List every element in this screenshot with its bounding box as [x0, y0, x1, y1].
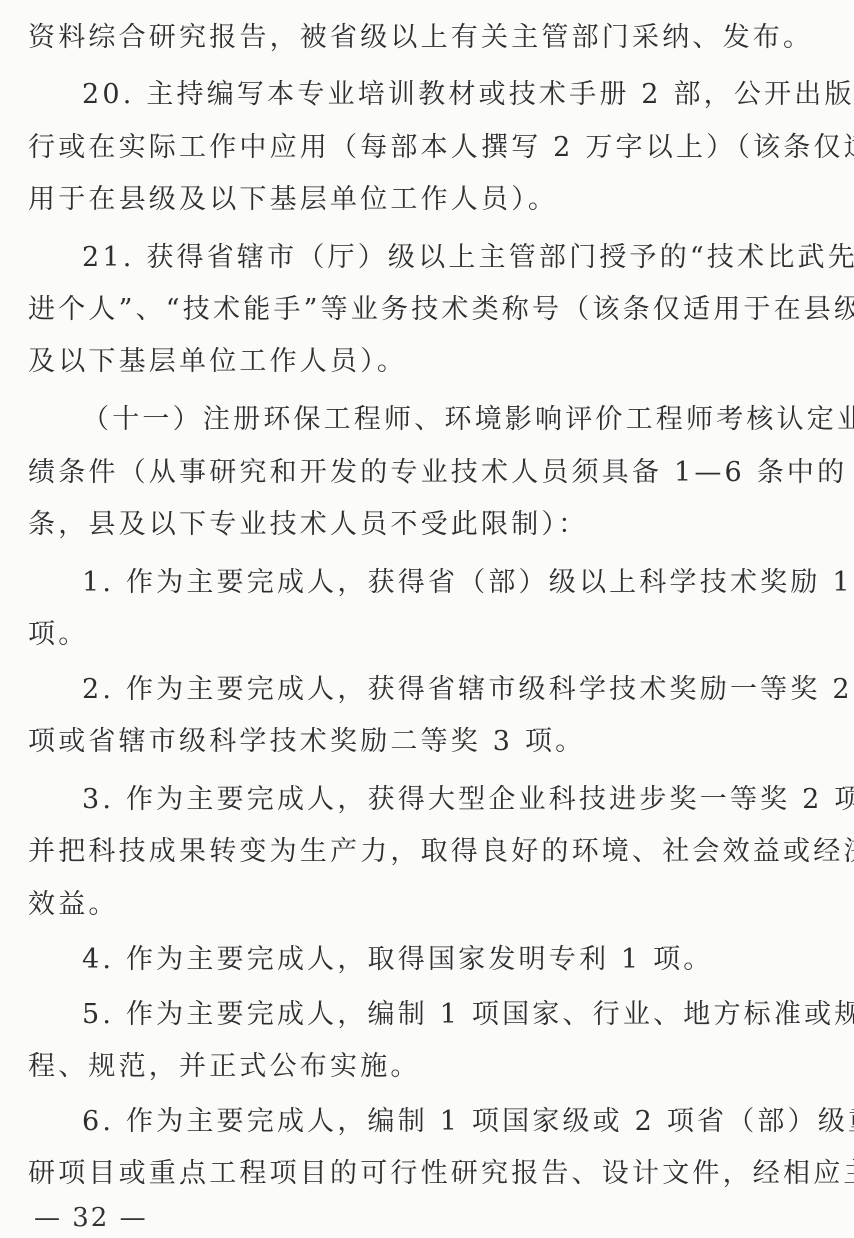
- text-line: 效益。: [28, 889, 828, 921]
- list-item: 6. 作为主要完成人，编制 1 项国家级或 2 项省（部）级重点科: [82, 1106, 828, 1138]
- list-item: 1. 作为主要完成人，获得省（部）级以上科学技术奖励 1: [82, 567, 828, 599]
- text-line: 项。: [28, 619, 828, 651]
- text-line: 绩条件（从事研究和开发的专业技术人员须具备 1—6 条中的 1: [28, 457, 828, 489]
- text-line: 项或省辖市级科学技术奖励二等奖 3 项。: [28, 726, 828, 758]
- text-line: 研项目或重点工程项目的可行性研究报告、设计文件，经相应主管: [28, 1158, 828, 1190]
- text-line: 并把科技成果转变为生产力，取得良好的环境、社会效益或经济: [28, 836, 828, 868]
- list-item: 3. 作为主要完成人，获得大型企业科技进步奖一等奖 2 项，: [82, 784, 828, 816]
- text-line: 用于在县级及以下基层单位工作人员）。: [28, 184, 828, 216]
- page-number: — 32 —: [34, 1202, 148, 1234]
- text-line: 及以下基层单位工作人员）。: [28, 346, 828, 378]
- section-heading: （十一）注册环保工程师、环境影响评价工程师考核认定业: [82, 404, 828, 436]
- text-line: 行或在实际工作中应用（每部本人撰写 2 万字以上）（该条仅适: [28, 132, 828, 164]
- text-line: 程、规范，并正式公布实施。: [28, 1051, 828, 1083]
- text-line: 21. 获得省辖市（厅）级以上主管部门授予的“技术比武先: [82, 242, 828, 274]
- list-item: 4. 作为主要完成人，取得国家发明专利 1 项。: [82, 944, 828, 976]
- text-line: 资料综合研究报告，被省级以上有关主管部门采纳、发布。: [28, 22, 828, 54]
- list-item: 5. 作为主要完成人，编制 1 项国家、行业、地方标准或规: [82, 999, 828, 1031]
- text-line: 进个人”、“技术能手”等业务技术类称号（该条仅适用于在县级: [28, 294, 828, 326]
- text-line: 条，县及以下专业技术人员不受此限制）：: [28, 509, 828, 541]
- document-page: 资料综合研究报告，被省级以上有关主管部门采纳、发布。 20. 主持编写本专业培训…: [0, 0, 854, 1238]
- list-item: 2. 作为主要完成人，获得省辖市级科学技术奖励一等奖 2: [82, 674, 828, 706]
- text-line: 20. 主持编写本专业培训教材或技术手册 2 部，公开出版发: [82, 79, 828, 111]
